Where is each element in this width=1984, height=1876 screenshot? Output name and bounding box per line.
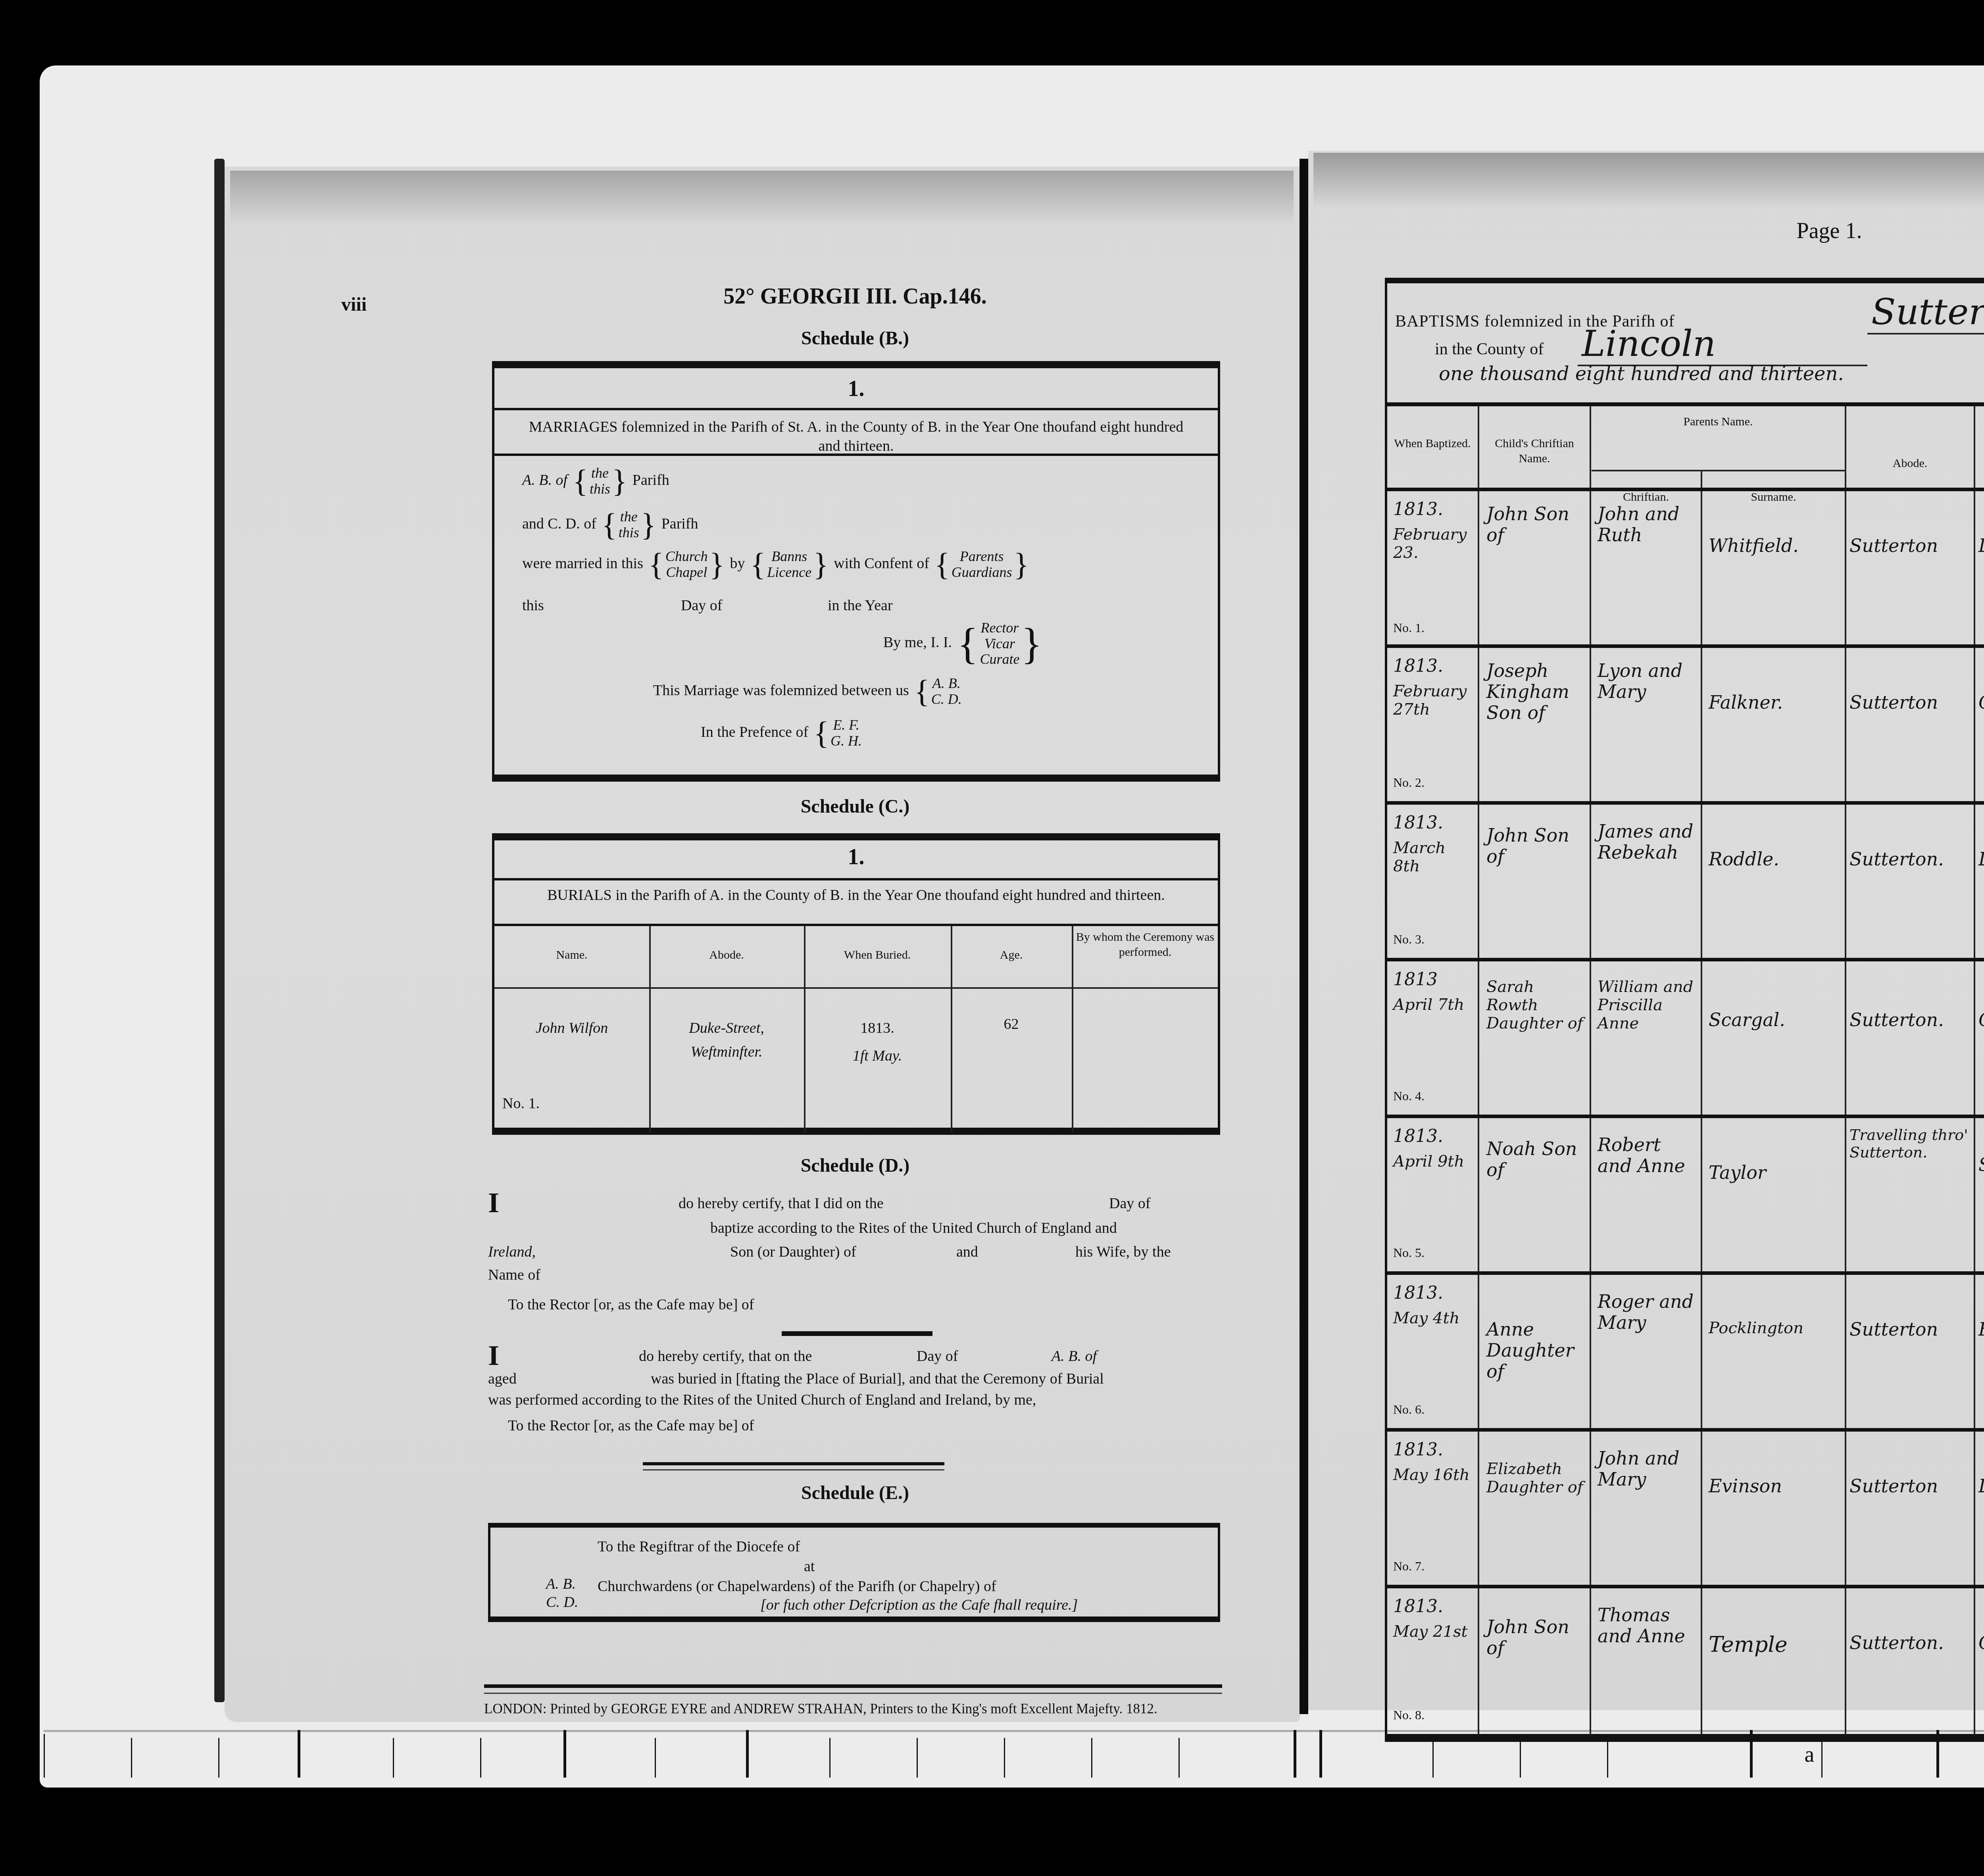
col-child-name: Child's Chriftian Name. [1479, 436, 1590, 466]
schedule-c-heading: BURIALS in the Parifh of A. in the Count… [510, 886, 1202, 905]
col-abode: Abode. [1846, 456, 1974, 471]
schedule-d-body: I do hereby certify, that I did on the D… [488, 1186, 1222, 1440]
book-edge-left [214, 159, 225, 1702]
col-name: Name. [494, 948, 649, 963]
entry-row-3: 1813. March 8th No. 3. John Son of James… [1387, 805, 1984, 958]
burial-row-number: No. 1. [502, 1094, 540, 1113]
schedule-b-presence: In the Prefence of {E. F.G. H. [701, 717, 862, 749]
cert2-to-rector: To the Rector [or, as the Cafe may be] o… [508, 1417, 754, 1436]
schedule-b-this: this [522, 596, 544, 615]
page-stain [230, 171, 1294, 226]
burial-abode-1: Duke-Street, [649, 1019, 804, 1038]
page-label: Page 1. [1385, 218, 1984, 244]
baptism-register-table: BAPTISMS folemnized in the Parifh of Sut… [1385, 278, 1984, 1742]
schedule-e-title: Schedule (E.) [492, 1482, 1218, 1504]
schedule-b-heading: MARRIAGES folemnized in the Parifh of St… [518, 418, 1194, 456]
cert1-to-rector: To the Rector [or, as the Cafe may be] o… [508, 1296, 754, 1315]
county-handwritten: Lincoln [1582, 323, 1716, 365]
entry-row-6: 1813. May 4th No. 6. Anne Daughter of Ro… [1387, 1275, 1984, 1428]
imprint: LONDON: Printed by GEORGE EYRE and ANDRE… [484, 1700, 1222, 1718]
schedule-b-title: Schedule (B.) [492, 327, 1218, 349]
signature-mark: a [1786, 1742, 1833, 1767]
running-head: 52° GEORGII III. Cap.146. [492, 284, 1218, 309]
entry-row-7: 1813. May 16th No. 7. Elizabeth Daughter… [1387, 1432, 1984, 1585]
col-by-whom: By whom the Ceremony was performed. [1076, 930, 1215, 959]
burial-abode-2: Weftminfter. [649, 1043, 804, 1062]
schedule-b-day-of: Day of [681, 596, 722, 615]
schedule-c-box: 1. BURIALS in the Parifh of A. in the Co… [492, 833, 1220, 1135]
burial-age: 62 [951, 1015, 1072, 1034]
schedule-b-box: 1. MARRIAGES folemnized in the Parifh of… [492, 361, 1220, 782]
col-age: Age. [951, 948, 1072, 963]
schedule-e-names: A. B.C. D. [546, 1575, 578, 1611]
schedule-b-by-me: By me, I. I. {RectorVicarCurate} [883, 620, 1044, 667]
col-when-buried: When Buried. [804, 948, 951, 963]
burial-when-1: 1813. [804, 1019, 951, 1038]
schedule-e-box: To the Regiftrar of the Diocefe of at A.… [488, 1523, 1220, 1622]
footer-rule [484, 1684, 1222, 1694]
schedule-b-line1: A. B. of {thethis} Parifh [522, 465, 669, 497]
schedule-c-number: 1. [494, 844, 1218, 870]
burial-when-2: 1ft May. [804, 1047, 951, 1066]
schedule-b-line2: and C. D. of {thethis} Parifh [522, 509, 698, 541]
col-quality-trade: Quality, Trade, or Profeffion. [1975, 436, 1984, 466]
page-number: viii [341, 294, 367, 315]
double-rule [643, 1462, 944, 1470]
schedule-c-title: Schedule (C.) [492, 796, 1218, 817]
parish-handwritten: Sutterton [1871, 291, 1984, 333]
year-handwritten: one thousand eight hundred and thirteen. [1439, 363, 1844, 385]
schedule-b-number: 1. [494, 376, 1218, 402]
page-stain [1313, 153, 1984, 208]
book-spine [1300, 159, 1308, 1714]
divider-rule [782, 1331, 932, 1336]
burial-name: John Wilfon [494, 1019, 649, 1038]
schedule-b-line3: were married in this {ChurchChapel} by {… [522, 549, 1030, 580]
schedule-b-solemnized-between: This Marriage was folemnized between us … [653, 676, 962, 707]
schedule-d-title: Schedule (D.) [492, 1155, 1218, 1176]
entry-row-8: 1813. May 21st No. 8. John Son of Thomas… [1387, 1589, 1984, 1736]
entry-row-1: 1813. February 23. No. 1. John Son of Jo… [1387, 492, 1984, 644]
col-when-baptized: When Baptized. [1387, 436, 1478, 451]
col-parents-name: Parents Name. [1591, 414, 1845, 429]
entry-row-2: 1813. February 27th No. 2. Joseph Kingha… [1387, 648, 1984, 801]
entry-row-4: 1813 April 7th No. 4. Sarah Rowth Daught… [1387, 962, 1984, 1115]
schedule-b-in-the-year: in the Year [828, 596, 893, 615]
entry-row-5: 1813. April 9th No. 5. Noah Son of Rober… [1387, 1119, 1984, 1271]
col-abode: Abode. [649, 948, 804, 963]
